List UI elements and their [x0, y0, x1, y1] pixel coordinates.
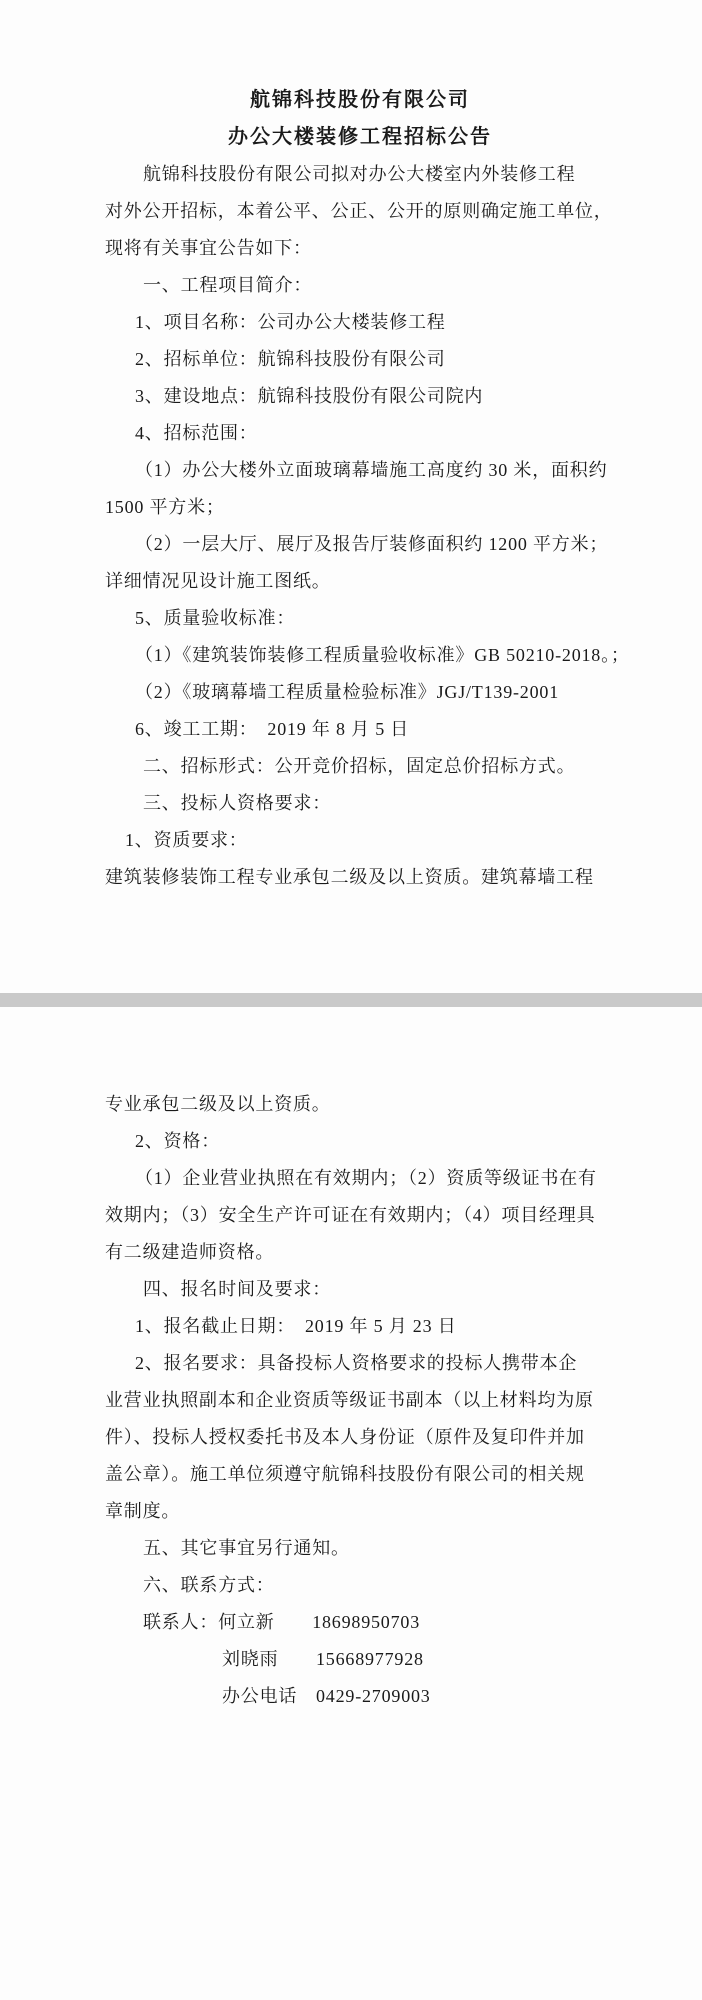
- doc-body-line: 盖公章）。施工单位须遵守航锦科技股份有限公司的相关规: [105, 1456, 615, 1493]
- doc-body-line: 三、投标人资格要求：: [105, 785, 615, 822]
- doc-body-line: 四、报名时间及要求：: [105, 1271, 615, 1308]
- doc-body-line: （2）一层大厅、展厅及报告厅装修面积约 1200 平方米；: [105, 526, 615, 563]
- doc-title-line: 航锦科技股份有限公司: [105, 82, 615, 119]
- doc-body-line: 1500 平方米；: [105, 489, 615, 526]
- doc-body-line: 刘晓雨 15668977928: [105, 1641, 615, 1678]
- doc-body-line: 2、资格：: [105, 1123, 615, 1160]
- doc-title-line: 办公大楼装修工程招标公告: [105, 119, 615, 156]
- document-viewer: 航锦科技股份有限公司办公大楼装修工程招标公告航锦科技股份有限公司拟对办公大楼室内…: [0, 0, 702, 2000]
- page-2: 专业承包二级及以上资质。2、资格：（1）企业营业执照在有效期内；（2）资质等级证…: [0, 1007, 702, 2000]
- doc-body-line: 详细情况见设计施工图纸。: [105, 563, 615, 600]
- doc-body-line: 六、联系方式：: [105, 1567, 615, 1604]
- doc-body-line: 有二级建造师资格。: [105, 1234, 615, 1271]
- doc-body-line: 业营业执照副本和企业资质等级证书副本（以上材料均为原: [105, 1382, 615, 1419]
- doc-body-line: 一、工程项目简介：: [105, 267, 615, 304]
- doc-body-line: （1）企业营业执照在有效期内；（2）资质等级证书在有: [105, 1160, 615, 1197]
- page-1: 航锦科技股份有限公司办公大楼装修工程招标公告航锦科技股份有限公司拟对办公大楼室内…: [0, 0, 702, 993]
- doc-body-line: 联系人：何立新 18698950703: [105, 1604, 615, 1641]
- doc-body-line: 5、质量验收标准：: [105, 600, 615, 637]
- doc-body-line: 对外公开招标，本着公平、公正、公开的原则确定施工单位，: [105, 193, 615, 230]
- doc-body-line: 6、竣工工期： 2019 年 8 月 5 日: [105, 711, 615, 748]
- doc-body-line: 办公电话 0429-2709003: [105, 1678, 615, 1715]
- doc-body-line: 专业承包二级及以上资质。: [105, 1086, 615, 1123]
- doc-body-line: 1、报名截止日期： 2019 年 5 月 23 日: [105, 1308, 615, 1345]
- page-separator: [0, 993, 702, 1007]
- doc-body-line: 2、报名要求：具备投标人资格要求的投标人携带本企: [105, 1345, 615, 1382]
- doc-body-line: （1）办公大楼外立面玻璃幕墙施工高度约 30 米，面积约: [105, 452, 615, 489]
- doc-body-line: 二、招标形式：公开竞价招标，固定总价招标方式。: [105, 748, 615, 785]
- doc-body-line: （2）《玻璃幕墙工程质量检验标准》JGJ/T139-2001: [105, 674, 615, 711]
- doc-body-line: 章制度。: [105, 1493, 615, 1530]
- doc-body-line: 2、招标单位：航锦科技股份有限公司: [105, 341, 615, 378]
- doc-body-line: 建筑装修装饰工程专业承包二级及以上资质。建筑幕墙工程: [105, 859, 615, 896]
- doc-body-line: 航锦科技股份有限公司拟对办公大楼室内外装修工程: [105, 156, 615, 193]
- doc-body-line: 五、其它事宜另行通知。: [105, 1530, 615, 1567]
- doc-body-line: 3、建设地点：航锦科技股份有限公司院内: [105, 378, 615, 415]
- doc-body-line: 1、资质要求：: [105, 822, 615, 859]
- doc-body-line: 效期内；（3）安全生产许可证在有效期内；（4）项目经理具: [105, 1197, 615, 1234]
- doc-body-line: 现将有关事宜公告如下：: [105, 230, 615, 267]
- doc-body-line: 1、项目名称：公司办公大楼装修工程: [105, 304, 615, 341]
- doc-body-line: 4、招标范围：: [105, 415, 615, 452]
- doc-body-line: 件）、投标人授权委托书及本人身份证（原件及复印件并加: [105, 1419, 615, 1456]
- doc-body-line: （1）《建筑装饰装修工程质量验收标准》GB 50210-2018。；: [105, 637, 615, 674]
